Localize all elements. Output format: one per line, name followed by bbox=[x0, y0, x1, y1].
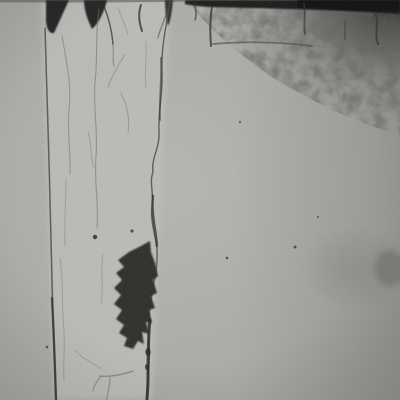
wall-photograph bbox=[0, 0, 400, 400]
vignette bbox=[0, 0, 400, 400]
photo-stage bbox=[0, 0, 400, 400]
